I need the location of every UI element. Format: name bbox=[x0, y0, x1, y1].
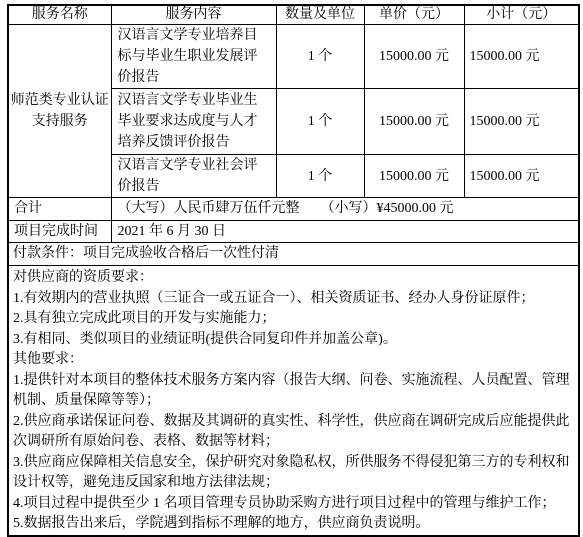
unit-price-cell-1: 15000.00 元 bbox=[364, 25, 464, 89]
quantity-cell-3: 1 个 bbox=[276, 155, 364, 198]
qualification-item-2: 2.具有独立完成此项目的开发与实施能力； bbox=[13, 309, 575, 330]
header-subtotal: 小计（元） bbox=[464, 5, 579, 25]
table-header-row: 服务名称 服务内容 数量及单位 单价（元） 小计（元） bbox=[8, 5, 579, 25]
quantity-cell-1: 1 个 bbox=[276, 25, 364, 89]
other-requirement-item-5: 5.数据报告出来后，学院遇到指标不理解的地方，供应商负责说明。 bbox=[13, 514, 575, 535]
subtotal-cell-3: 15000.00 元 bbox=[464, 155, 579, 198]
completion-date-row: 项目完成时间 2021 年 6 月 30 日 bbox=[8, 221, 579, 243]
other-requirements-heading: 其他要求： bbox=[13, 350, 575, 371]
requirements-heading: 对供应商的资质要求： bbox=[13, 268, 575, 289]
completion-date-label: 项目完成时间 bbox=[8, 221, 111, 243]
requirements-row: 对供应商的资质要求： 1.有效期内的营业执照（三证合一或五证合一）、相关资质证书… bbox=[8, 266, 579, 536]
unit-price-cell-3: 15000.00 元 bbox=[364, 155, 464, 198]
payment-terms-text: 付款条件：项目完成验收合格后一次性付清 bbox=[8, 243, 579, 266]
service-name-line-1: 师范类专业认证 bbox=[9, 90, 111, 111]
completion-date-value: 2021 年 6 月 30 日 bbox=[111, 221, 579, 243]
service-content-cell-1: 汉语言文学专业培养目标与毕业生职业发展评价报告 bbox=[111, 25, 276, 89]
qualification-item-3: 3.有相同、类似项目的业绩证明(提供合同复印件并加盖公章)。 bbox=[13, 330, 575, 351]
service-name-cell: 师范类专业认证 支持服务 bbox=[8, 25, 111, 198]
header-unit-price: 单价（元） bbox=[364, 5, 464, 25]
service-row-1: 师范类专业认证 支持服务 汉语言文学专业培养目标与毕业生职业发展评价报告 1 个… bbox=[8, 25, 579, 89]
subtotal-cell-1: 15000.00 元 bbox=[464, 25, 579, 89]
payment-terms-row: 付款条件：项目完成验收合格后一次性付清 bbox=[8, 243, 579, 266]
quantity-cell-2: 1 个 bbox=[276, 89, 364, 155]
unit-price-cell-2: 15000.00 元 bbox=[364, 89, 464, 155]
requirements-cell: 对供应商的资质要求： 1.有效期内的营业执照（三证合一或五证合一）、相关资质证书… bbox=[8, 266, 579, 536]
qualification-item-1: 1.有效期内的营业执照（三证合一或五证合一）、相关资质证书、经办人身份证原件； bbox=[13, 289, 575, 310]
header-service-content: 服务内容 bbox=[111, 5, 276, 25]
total-value: （大写）人民币肆万伍仟元整 （小写）¥45000.00 元 bbox=[111, 198, 579, 221]
service-content-cell-3: 汉语言文学专业社会评价报告 bbox=[111, 155, 276, 198]
other-requirement-item-4: 4.项目过程中提供至少 1 名项目管理专员协助采购方进行项目过程中的管理与维护工… bbox=[13, 494, 575, 515]
other-requirement-item-3: 3.供应商应保障相关信息安全，保护研究对象隐私权，所供服务不得侵犯第三方的专利权… bbox=[13, 453, 575, 494]
total-row: 合计 （大写）人民币肆万伍仟元整 （小写）¥45000.00 元 bbox=[8, 198, 579, 221]
procurement-service-table: 服务名称 服务内容 数量及单位 单价（元） 小计（元） 师范类专业认证 支持服务… bbox=[7, 4, 580, 535]
service-content-cell-2: 汉语言文学专业毕业生毕业要求达成度与人才培养反馈评价报告 bbox=[111, 89, 276, 155]
header-service-name: 服务名称 bbox=[8, 5, 111, 25]
other-requirement-item-2: 2.供应商承诺保证问卷、数据及其调研的真实性、科学性，供应商在调研完成后应能提供… bbox=[13, 412, 575, 453]
subtotal-cell-2: 15000.00 元 bbox=[464, 89, 579, 155]
total-label: 合计 bbox=[8, 198, 111, 221]
header-quantity-unit: 数量及单位 bbox=[276, 5, 364, 25]
service-name-line-2: 支持服务 bbox=[9, 111, 111, 132]
other-requirement-item-1: 1.提供针对本项目的整体技术服务方案内容（报告大纲、问卷、实施流程、人员配置、管… bbox=[13, 371, 575, 412]
